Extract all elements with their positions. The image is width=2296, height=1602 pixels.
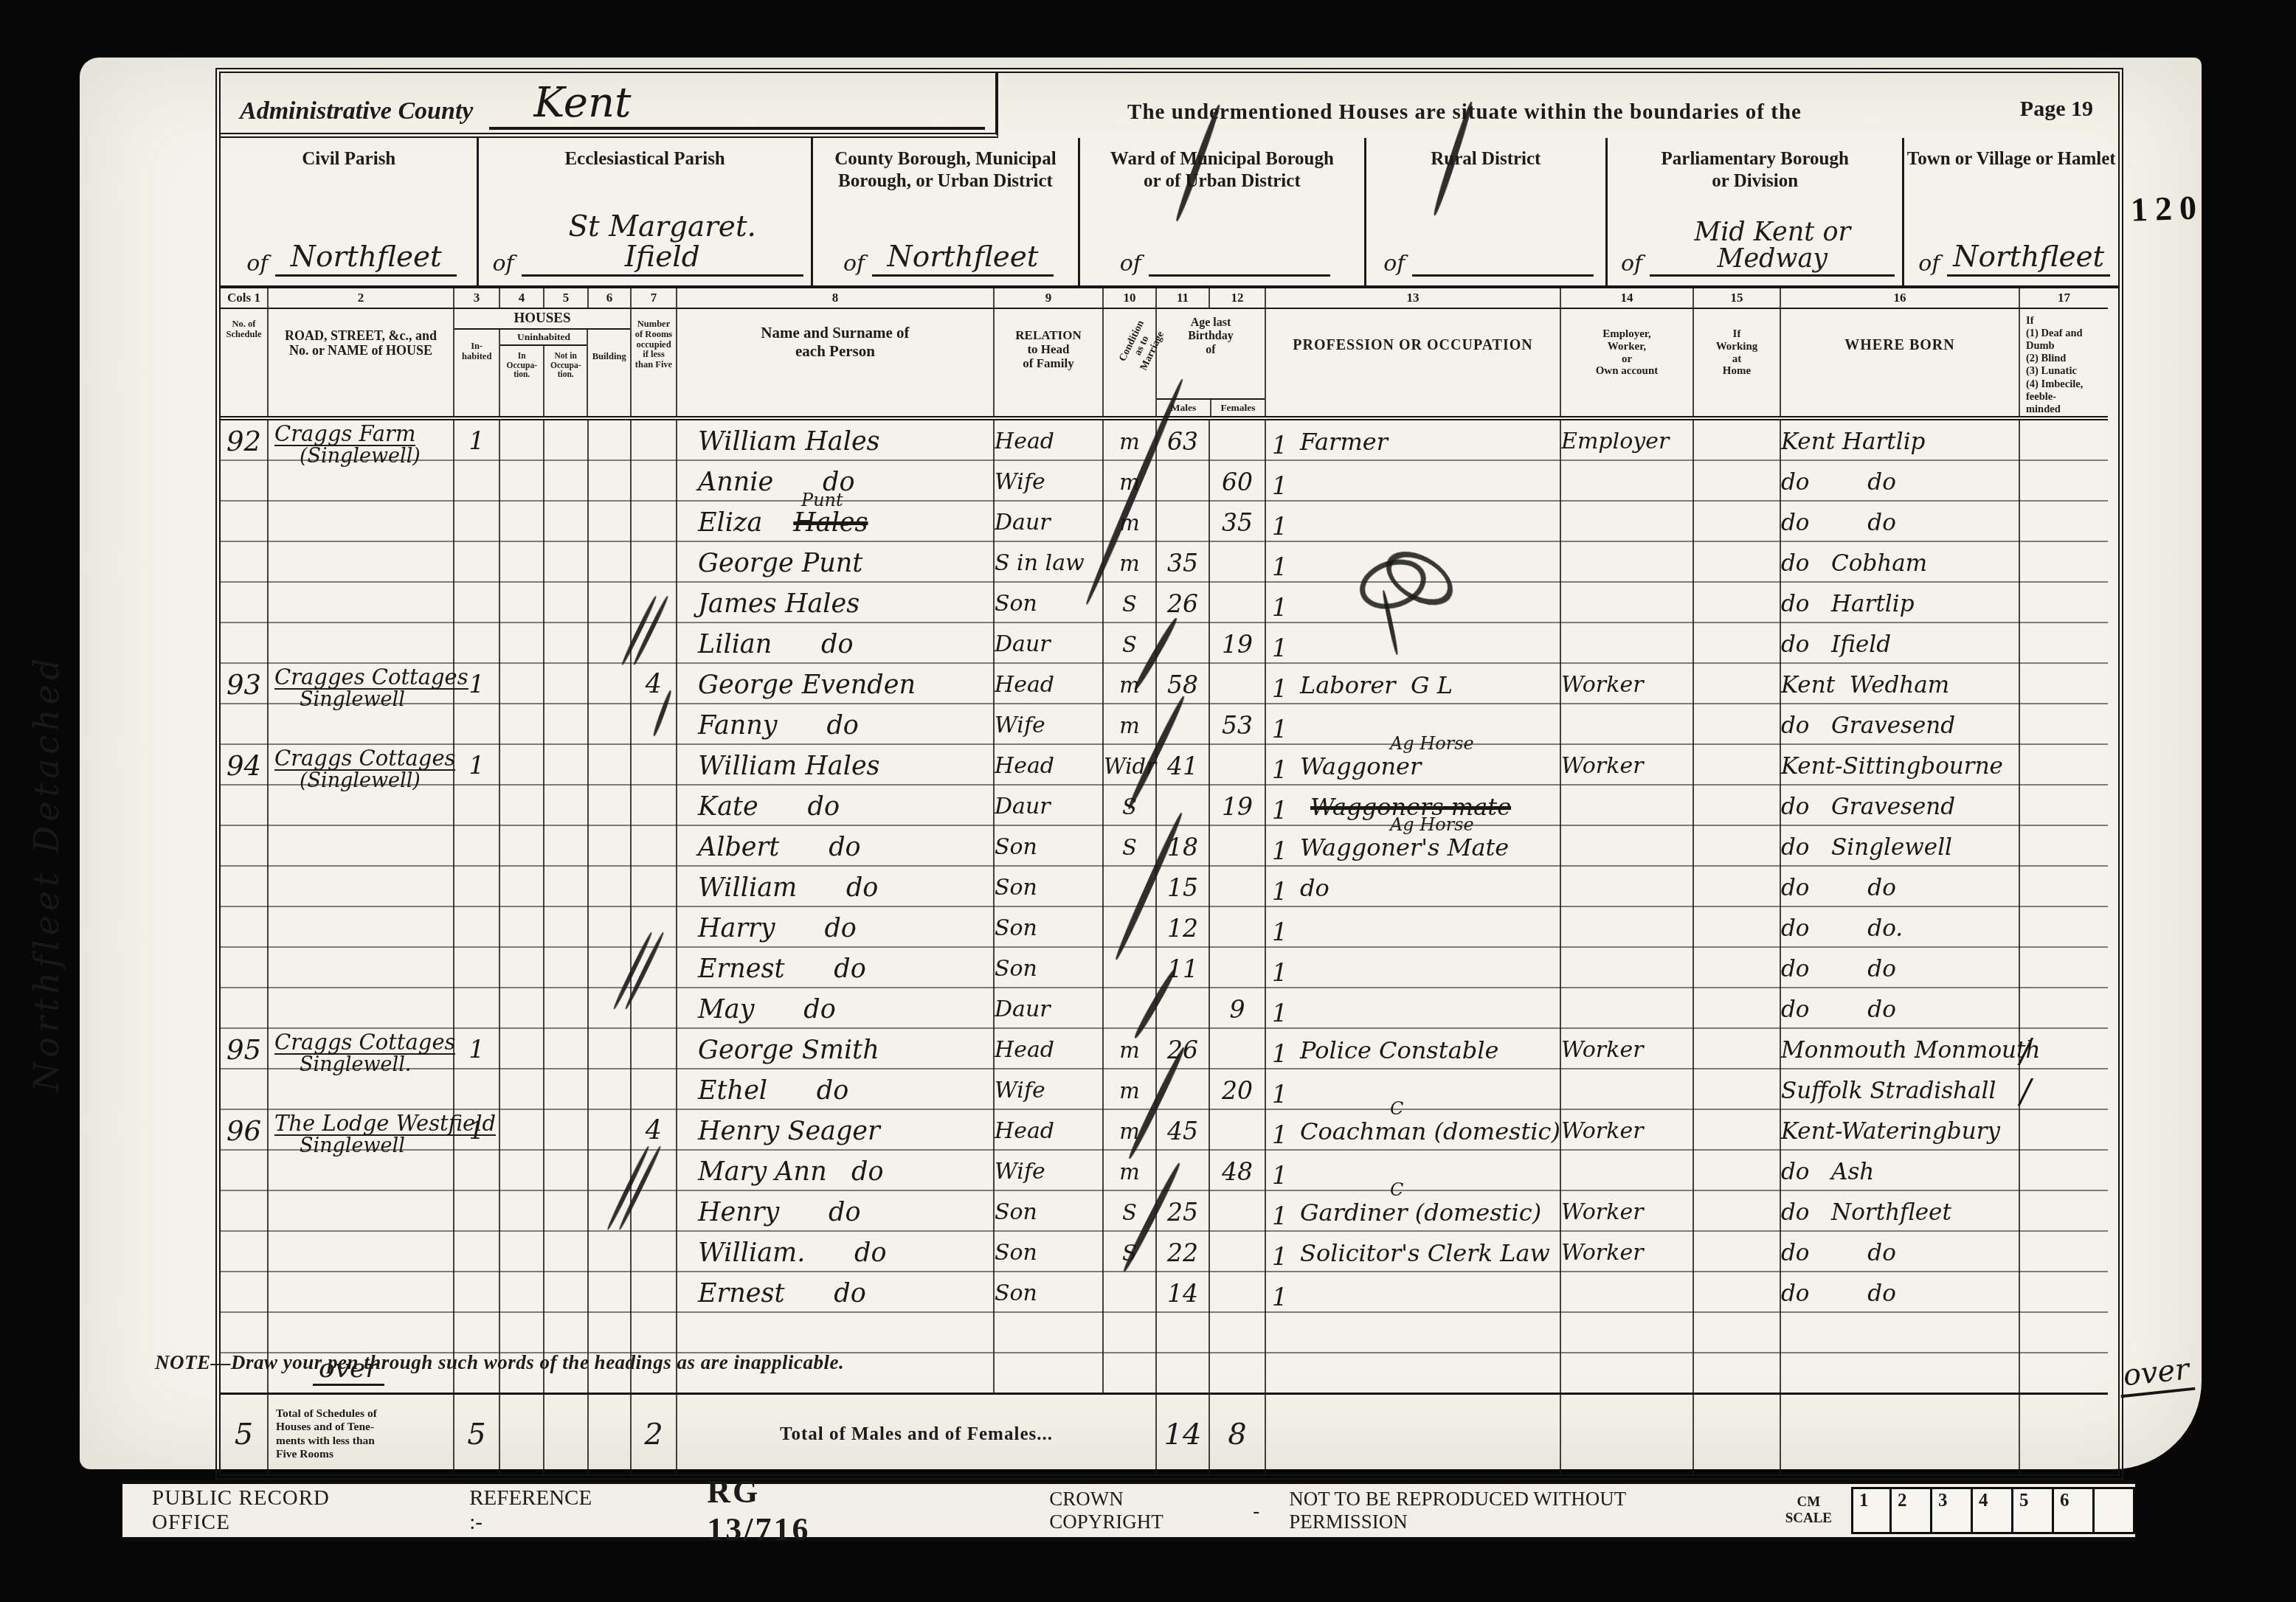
cell-road (268, 866, 454, 906)
cell-condition (1103, 1272, 1156, 1312)
cell-infirmities (2019, 988, 2108, 1028)
cell-not-in-occupation (544, 623, 588, 663)
cell-building (588, 866, 631, 906)
totals-empty (1693, 1393, 1780, 1474)
table-row: James Hales Son S 26 1 do Hartlip (221, 582, 2108, 623)
cell-condition: Widr (1103, 744, 1156, 785)
cell-where-born: do Cobham (1780, 541, 2019, 582)
cell-schedule (221, 906, 268, 947)
cell-inhabited: 1 (454, 1028, 499, 1069)
cell-age-female (1209, 825, 1265, 866)
cell-building (588, 744, 631, 785)
cell-road: Craggs Cottages(Singlewell) (268, 744, 454, 785)
cell-age-male (1156, 1312, 1209, 1353)
totals-empty (1265, 1393, 1560, 1474)
cell-age-female: 19 (1209, 785, 1265, 825)
cell-inhabited (454, 988, 499, 1028)
cell-schedule (221, 1069, 268, 1109)
cell-in-occupation (499, 541, 544, 582)
civil-parish-label: Civil Parish (221, 138, 477, 170)
cell-inhabited (454, 582, 499, 623)
footer-dash: - (1253, 1499, 1259, 1522)
cell-working-home (1693, 906, 1780, 947)
cell-rooms (631, 825, 677, 866)
cell-rooms (631, 704, 677, 744)
cell-rooms (631, 785, 677, 825)
pro-footer-bar: PUBLIC RECORD OFFICE REFERENCE :- RG 13/… (122, 1480, 2135, 1542)
cell-employer (1560, 1069, 1693, 1109)
cell-road (268, 541, 454, 582)
cell-working-home (1693, 988, 1780, 1028)
cell-infirmities (2019, 1272, 2108, 1312)
cell-condition: m (1103, 663, 1156, 704)
cell-profession: 1Ag HorseWaggoner (1265, 744, 1560, 785)
header-road: ROAD, STREET, &c., and No. or NAME of HO… (269, 309, 453, 358)
ruler-cell: 2 (1892, 1487, 1932, 1534)
cell-infirmities (2019, 460, 2108, 501)
header-profession: PROFESSION OR OCCUPATION (1266, 309, 1560, 354)
civil-parish-value: Northfleet (275, 243, 457, 277)
cell-road (268, 825, 454, 866)
cell-name: Albert do (677, 825, 994, 866)
header-uninhabited-group: Uninhabited In Occupa- tion. Not in Occu… (499, 330, 587, 416)
cell-infirmities (2019, 501, 2108, 541)
cell-condition (1103, 866, 1156, 906)
cell-relation: Head (994, 418, 1103, 460)
cell-age-female (1209, 541, 1265, 582)
cell-working-home (1693, 1028, 1780, 1069)
totals-label: Total of Schedules of Houses and of Tene… (269, 1407, 453, 1462)
totals-inhabited: 5 (454, 1393, 499, 1474)
cell-employer (1560, 582, 1693, 623)
table-row: Albert do Son S 18 1Ag HorseWaggoner's M… (221, 825, 2108, 866)
cell-working-home (1693, 785, 1780, 825)
cell-employer (1560, 785, 1693, 825)
cell-condition (1103, 988, 1156, 1028)
cell-inhabited (454, 1312, 499, 1353)
cell-in-occupation (499, 1190, 544, 1231)
cell-working-home (1693, 418, 1780, 460)
cell-where-born: do Gravesend (1780, 785, 2019, 825)
cell-in-occupation (499, 1312, 544, 1353)
cell-profession: 1 (1265, 1069, 1560, 1109)
cell-age-female (1209, 744, 1265, 785)
cell-infirmities: / (2019, 1028, 2108, 1069)
cell-condition: S (1103, 825, 1156, 866)
cell-in-occupation (499, 825, 544, 866)
colnum: 6 (588, 288, 631, 308)
cell-road: The Lodge WestfieldSinglewell (268, 1109, 454, 1150)
cell-not-in-occupation (544, 418, 588, 460)
cell-working-home (1693, 1069, 1780, 1109)
ecclesiastical-parish-label: Ecclesiastical Parish (479, 138, 810, 170)
cell-name: Mary Ann do (677, 1150, 994, 1190)
cell-where-born: do do. (1780, 906, 2019, 947)
footer-reference-label: REFERENCE :- (469, 1486, 596, 1535)
cell-infirmities (2019, 1231, 2108, 1272)
admin-county-row: Administrative County Kent The underment… (221, 73, 2118, 138)
cell-inhabited (454, 623, 499, 663)
cell-relation: Head (994, 663, 1103, 704)
footer-office: PUBLIC RECORD OFFICE (152, 1486, 388, 1535)
cell-age-male: 22 (1156, 1231, 1209, 1272)
cell-road (268, 906, 454, 947)
table-row: Harry do Son 12 1 do do. (221, 906, 2108, 947)
header-not-in-occupation: Not in Occupa- tion. (543, 346, 587, 416)
cell-relation: S in law (994, 541, 1103, 582)
table-body: 92 Craggs Farm(Singlewell) 1 William Hal… (221, 418, 2108, 1394)
cell-profession: 1 (1265, 460, 1560, 501)
cell-infirmities (2019, 541, 2108, 582)
rural-district-label: Rural District (1366, 138, 1605, 170)
cell-condition: S (1103, 1231, 1156, 1272)
of-prefix: of (1918, 251, 1940, 277)
table-row: George Punt S in law m 35 1 do Cobham (221, 541, 2108, 582)
cell-age-female: 48 (1209, 1150, 1265, 1190)
cell-condition (1103, 947, 1156, 988)
cell-condition: m (1103, 460, 1156, 501)
cell-not-in-occupation (544, 1312, 588, 1353)
admin-county-value: Kent (489, 79, 985, 130)
cell-not-in-occupation (544, 866, 588, 906)
cell-working-home (1693, 1231, 1780, 1272)
cell-age-female (1209, 1272, 1265, 1312)
cell-road (268, 1272, 454, 1312)
cell-inhabited (454, 785, 499, 825)
cell-age-male (1156, 460, 1209, 501)
totals-empty (588, 1393, 631, 1474)
cell-relation: Wife (994, 1069, 1103, 1109)
ruler-cell (2095, 1487, 2135, 1534)
totals-schedule: 5 (221, 1393, 268, 1474)
totals-males: 14 (1156, 1393, 1209, 1474)
header-infirmities: If (1) Deaf and Dumb (2) Blind (3) Lunat… (2020, 309, 2108, 416)
header-where-born: WHERE BORN (1781, 309, 2019, 354)
cell-age-male (1156, 1069, 1209, 1109)
margin-note-vertical: Northfleet Detached (27, 280, 66, 1092)
cell-profession: 1 (1265, 988, 1560, 1028)
cell-name: Ernest do (677, 947, 994, 988)
cell-age-female: 35 (1209, 501, 1265, 541)
cell-condition: m (1103, 1150, 1156, 1190)
cell-in-occupation (499, 1109, 544, 1150)
cell-in-occupation (499, 460, 544, 501)
table-row: Kate do Daur S 19 1Waggoners mate do Gra… (221, 785, 2108, 825)
of-prefix: of (843, 251, 865, 277)
of-prefix: of (1383, 251, 1405, 277)
cell-employer (1560, 1272, 1693, 1312)
cell-road: Craggs Farm(Singlewell) (268, 418, 454, 460)
cell-profession (1265, 1312, 1560, 1353)
cell-schedule (221, 460, 268, 501)
cell-working-home (1693, 947, 1780, 988)
totals-males-females-label: Total of Males and of Females... (677, 1424, 1155, 1445)
cell-in-occupation (499, 1272, 544, 1312)
cell-working-home (1693, 623, 1780, 663)
cell-schedule: 95 (221, 1028, 268, 1069)
cell-relation: Wife (994, 1150, 1103, 1190)
cell-profession: 1Solicitor's Clerk Law (1265, 1231, 1560, 1272)
ecclesiastical-parish-value: St Margaret. Ifield (522, 212, 803, 277)
cell-building (588, 1272, 631, 1312)
cell-condition (1103, 1353, 1156, 1394)
cell-rooms (631, 744, 677, 785)
cell-age-female (1209, 947, 1265, 988)
cell-age-female (1209, 1109, 1265, 1150)
cell-age-male: 11 (1156, 947, 1209, 988)
ecclesiastical-parish-cell: Ecclesiastical Parish ofSt Margaret. Ifi… (477, 138, 810, 285)
cell-age-male: 25 (1156, 1190, 1209, 1231)
cell-rooms (631, 541, 677, 582)
ruler-cell: 3 (1932, 1487, 1973, 1534)
cell-age-male: 63 (1156, 418, 1209, 460)
cell-in-occupation (499, 1150, 544, 1190)
cell-schedule (221, 988, 268, 1028)
cell-age-female (1209, 1353, 1265, 1394)
cell-condition: m (1103, 704, 1156, 744)
table-row: 96 The Lodge WestfieldSinglewell 1 4 Hen… (221, 1109, 2108, 1150)
cell-profession: 1 (1265, 501, 1560, 541)
cell-inhabited (454, 866, 499, 906)
cell-building (588, 1109, 631, 1150)
cell-road (268, 460, 454, 501)
cell-age-male (1156, 704, 1209, 744)
header-uninhabited: Uninhabited (500, 330, 587, 346)
colnum: 4 (499, 288, 544, 308)
cell-working-home (1693, 501, 1780, 541)
cell-name: William do (677, 866, 994, 906)
cell-not-in-occupation (544, 663, 588, 704)
cell-relation: Daur (994, 785, 1103, 825)
cell-age-female (1209, 1028, 1265, 1069)
cell-relation (994, 1312, 1103, 1353)
ruler-cell: 6 (2054, 1487, 2095, 1534)
cell-infirmities (2019, 1190, 2108, 1231)
totals-empty (1780, 1393, 2019, 1474)
cell-age-female (1209, 906, 1265, 947)
ward-value (1149, 273, 1330, 277)
header-rooms: Number of Rooms occupied if less than Fi… (632, 309, 676, 370)
cell-inhabited: 1 (454, 1109, 499, 1150)
cell-age-female (1209, 866, 1265, 906)
footer-notice: NOT TO BE REPRODUCED WITHOUT PERMISSION (1289, 1488, 1704, 1533)
cell-schedule (221, 947, 268, 988)
cell-not-in-occupation (544, 1272, 588, 1312)
cell-profession: 1Police Constable (1265, 1028, 1560, 1069)
colnum: 17 (2019, 288, 2108, 308)
cell-where-born: do do (1780, 501, 2019, 541)
cell-road: Cragges CottagesSinglewell (268, 663, 454, 704)
town-village-value: Northfleet (1947, 243, 2110, 277)
cell-infirmities (2019, 623, 2108, 663)
cell-employer (1560, 1312, 1693, 1353)
cell-inhabited (454, 501, 499, 541)
cell-building (588, 785, 631, 825)
cell-working-home (1693, 1312, 1780, 1353)
cell-not-in-occupation (544, 704, 588, 744)
cell-name: George Evenden (677, 663, 994, 704)
cell-rooms (631, 947, 677, 988)
parliamentary-borough-cell: Parliamentary Borough or Division ofMid … (1605, 138, 1902, 285)
cell-relation: Son (994, 1272, 1103, 1312)
table-row: 94 Craggs Cottages(Singlewell) 1 William… (221, 744, 2108, 785)
ward-label: Ward of Municipal Borough or of Urban Di… (1080, 138, 1363, 192)
table-row: Ernest do Son 14 1 do do (221, 1272, 2108, 1312)
cell-where-born: do do (1780, 866, 2019, 906)
cell-not-in-occupation (544, 1231, 588, 1272)
table-row: Henry do Son S 25 1CGardiner (domestic) … (221, 1190, 2108, 1231)
colnum: 2 (268, 288, 454, 308)
cell-age-male: 58 (1156, 663, 1209, 704)
table-row: 95 Craggs CottagesSinglewell. 1 George S… (221, 1028, 2108, 1069)
cell-relation: Son (994, 947, 1103, 988)
over-annotation-right: over (2117, 1352, 2196, 1398)
cell-road (268, 988, 454, 1028)
archive-stamp-120: 120 (2130, 187, 2205, 229)
totals-row: 5 Total of Schedules of Houses and of Te… (221, 1393, 2108, 1474)
footnote: NOTE—Draw your pen through such words of… (155, 1351, 844, 1374)
county-borough-cell: County Borough, Municipal Borough, or Ur… (811, 138, 1078, 285)
header-in-occupation: In Occupa- tion. (500, 346, 543, 416)
census-table: Cols 12 34 56 78 910 1112 1314 1516 17 N… (221, 288, 2108, 1474)
cell-relation: Son (994, 1231, 1103, 1272)
cell-where-born: do Hartlip (1780, 582, 2019, 623)
town-village-cell: Town or Village or Hamlet ofNorthfleet (1902, 138, 2118, 285)
cell-building (588, 825, 631, 866)
cell-inhabited (454, 1150, 499, 1190)
cell-in-occupation (499, 418, 544, 460)
cell-relation: Daur (994, 623, 1103, 663)
cell-employer (1560, 623, 1693, 663)
cell-condition: S (1103, 582, 1156, 623)
cell-name: Kate do (677, 785, 994, 825)
header-houses-group: HOUSES In- habited Uninhabited In Occupa… (454, 309, 630, 416)
cell-road (268, 1150, 454, 1190)
cell-where-born: do do (1780, 947, 2019, 988)
cell-in-occupation (499, 501, 544, 541)
cell-working-home (1693, 825, 1780, 866)
cell-in-occupation (499, 663, 544, 704)
cell-schedule: 92 (221, 418, 268, 460)
cell-not-in-occupation (544, 541, 588, 582)
census-scan-page: Northfleet Detached Administrative Count… (0, 0, 2296, 1602)
cell-employer (1560, 460, 1693, 501)
cell-rooms (631, 623, 677, 663)
cell-building (588, 906, 631, 947)
cell-inhabited (454, 1069, 499, 1109)
cell-age-male: 45 (1156, 1109, 1209, 1150)
header-relation: RELATION to Head of Family (995, 309, 1102, 370)
cell-profession: 1Farmer (1265, 418, 1560, 460)
cell-infirmities (2019, 582, 2108, 623)
cell-inhabited: 1 (454, 418, 499, 460)
cell-rooms (631, 460, 677, 501)
cell-rooms (631, 866, 677, 906)
table-row: Lilian do Daur S 19 1 do Ifield (221, 623, 2108, 663)
cell-relation: Son (994, 866, 1103, 906)
cell-inhabited (454, 1231, 499, 1272)
cell-relation: Head (994, 1028, 1103, 1069)
cell-road (268, 582, 454, 623)
cell-rooms (631, 418, 677, 460)
cell-name: William. do (677, 1231, 994, 1272)
cell-infirmities (2019, 906, 2108, 947)
cell-employer (1560, 906, 1693, 947)
totals-females: 8 (1209, 1393, 1265, 1474)
admin-county-label: Administrative County (240, 97, 473, 130)
cell-profession (1265, 1353, 1560, 1394)
cell-not-in-occupation (544, 947, 588, 988)
cell-infirmities: / (2019, 1069, 2108, 1109)
cell-age-male (1156, 1353, 1209, 1394)
cell-relation (994, 1353, 1103, 1394)
table-row: May do Daur 9 1 do do (221, 988, 2108, 1028)
table-row: ElizaHalesPunt Daur m 35 1 do do (221, 501, 2108, 541)
cell-working-home (1693, 1272, 1780, 1312)
cell-age-female (1209, 582, 1265, 623)
cell-building (588, 582, 631, 623)
cell-schedule (221, 623, 268, 663)
cell-not-in-occupation (544, 1069, 588, 1109)
cell-employer (1560, 1150, 1693, 1190)
cell-infirmities (2019, 418, 2108, 460)
cell-employer: Worker (1560, 1028, 1693, 1069)
rural-district-value (1412, 273, 1594, 277)
cell-employer (1560, 947, 1693, 988)
cell-inhabited (454, 906, 499, 947)
cell-road (268, 501, 454, 541)
cell-infirmities (2019, 825, 2108, 866)
cell-working-home (1693, 1109, 1780, 1150)
of-prefix: of (492, 251, 514, 277)
cell-condition: m (1103, 541, 1156, 582)
footer-cm-scale: CM SCALE (1785, 1494, 1832, 1527)
cell-age-female (1209, 663, 1265, 704)
colnum: 13 (1265, 288, 1560, 308)
cell-working-home (1693, 582, 1780, 623)
cell-in-occupation (499, 1069, 544, 1109)
ruler-cell: 5 (2013, 1487, 2054, 1534)
cell-not-in-occupation (544, 1150, 588, 1190)
cell-where-born: do do (1780, 460, 2019, 501)
cell-condition: m (1103, 1109, 1156, 1150)
cell-building (588, 1231, 631, 1272)
colnum: 14 (1560, 288, 1693, 308)
ward-cell: Ward of Municipal Borough or of Urban Di… (1078, 138, 1363, 285)
cell-working-home (1693, 866, 1780, 906)
cell-building (588, 1028, 631, 1069)
cell-building (588, 988, 631, 1028)
colnum: 12 (1209, 288, 1265, 308)
colnum: 10 (1103, 288, 1156, 308)
totals-empty (1560, 1393, 1693, 1474)
cell-road (268, 785, 454, 825)
colnum: 15 (1693, 288, 1780, 308)
colnum: 3 (454, 288, 499, 308)
cell-working-home (1693, 1150, 1780, 1190)
cell-where-born: Kent Hartlip (1780, 418, 2019, 460)
ruler-cell: 4 (1973, 1487, 2013, 1534)
cell-working-home (1693, 1353, 1780, 1394)
cell-schedule (221, 541, 268, 582)
cell-building (588, 418, 631, 460)
table-row (221, 1312, 2108, 1353)
cell-schedule (221, 1190, 268, 1231)
parliamentary-borough-label: Parliamentary Borough or Division (1608, 138, 1902, 192)
cell-not-in-occupation (544, 785, 588, 825)
of-prefix: of (1120, 251, 1141, 277)
cell-rooms (631, 1150, 677, 1190)
